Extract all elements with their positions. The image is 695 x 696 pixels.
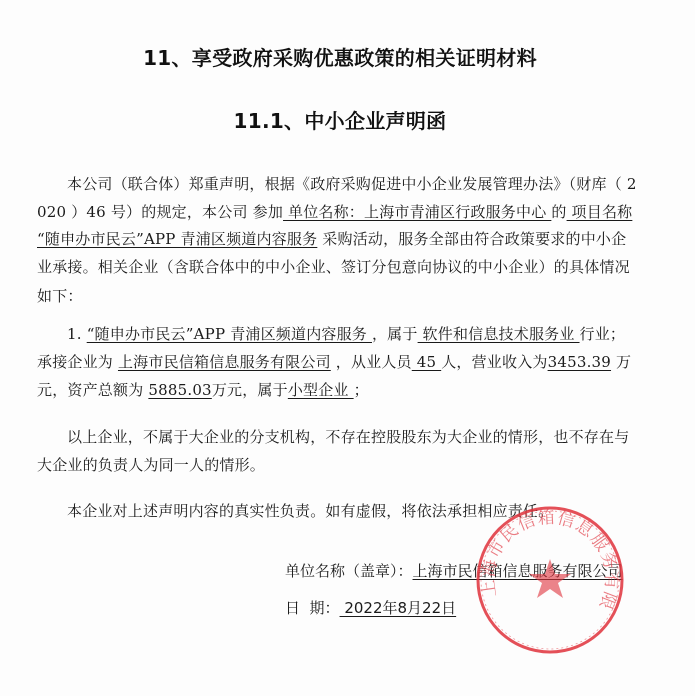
declaration-line-1: 本公司（联合体）郑重声明，根据《政府采购促进中小企业发展管理办法》（财库（ 2: [67, 174, 667, 194]
declaration-text: 业承接。相关企业（含联合体中的中小企业、签订分包意向协议的中小企业）的具体情况: [37, 258, 630, 276]
document-subtitle: 11.1、中小企业声明函: [0, 105, 680, 134]
item-revenue: 3453.39: [548, 353, 611, 371]
item-enterprise-type: 小型企业: [288, 381, 354, 399]
date-label: 日 期：: [285, 599, 340, 617]
item-text: 人，营业收入为: [441, 353, 547, 371]
item-project: “随申办市民云”APP 青浦区频道内容服务: [87, 325, 372, 343]
item-text: 万元，属于: [212, 381, 288, 399]
date-value: 2022年8月22日: [340, 599, 457, 617]
item-line-2: 承接企业为 上海市民信箱信息服务有限公司 ，从业人员 45 人，营业收入为345…: [37, 352, 637, 372]
item-assets: 5885.03: [148, 381, 211, 399]
project-name: “随申办市民云”APP 青浦区频道内容服务: [37, 230, 317, 248]
declaration-text: 本公司（联合体）郑重声明，根据《政府采购促进中小企业发展管理办法》（财库（ 2: [67, 175, 637, 193]
signature-company: 单位名称（盖章）：上海市民信箱信息服务有限公司: [285, 561, 623, 581]
item-text: 承接企业为: [37, 353, 118, 371]
item-line-1: 1. “随申办市民云”APP 青浦区频道内容服务 ，属于 软件和信息技术服务业 …: [67, 324, 667, 344]
declaration-line-2: 020 ）46 号）的规定，本公司 参加 单位名称：上海市青浦区行政服务中心 的…: [37, 202, 637, 222]
item-industry: 软件和信息技术服务业: [418, 325, 580, 343]
purchaser-name: 单位名称：上海市青浦区行政服务中心: [283, 203, 551, 221]
item-text: ；: [354, 381, 369, 399]
item-number: 1.: [67, 325, 82, 343]
declaration-text: 如下：: [37, 287, 83, 305]
statement-1-line-1: 以上企业，不属于大企业的分支机构，不存在控股股东为大企业的情形，也不存在与: [67, 427, 667, 447]
signature-label: 单位名称（盖章）：: [285, 562, 413, 580]
item-contractor: 上海市民信箱信息服务有限公司: [118, 353, 331, 371]
signature-value: 上海市民信箱信息服务有限公司: [413, 562, 623, 580]
item-text: ，属于: [372, 325, 418, 343]
project-name-label: 项目名称: [567, 203, 633, 221]
item-staff-count: 45: [412, 353, 441, 371]
declaration-line-4: 业承接。相关企业（含联合体中的中小企业、签订分包意向协议的中小企业）的具体情况: [37, 257, 637, 277]
declaration-text: 的: [551, 203, 566, 221]
item-text: 行业；: [580, 325, 626, 343]
declaration-text: 020 ）46 号）的规定，本公司 参加: [37, 203, 283, 221]
declaration-text: 采购活动，服务全部由符合政策要求的中小企: [317, 230, 626, 248]
statement-2: 本企业对上述声明内容的真实性负责。如有虚假，将依法承担相应责任。: [67, 501, 667, 521]
statement-1-line-2: 大企业的负责人为同一人的情形。: [37, 455, 637, 475]
declaration-line-5: 如下：: [37, 286, 637, 306]
signature-date: 日 期： 2022年8月22日: [285, 598, 456, 618]
item-text: 万: [611, 353, 631, 371]
document-page: 11、享受政府采购优惠政策的相关证明材料 11.1、中小企业声明函 本公司（联合…: [0, 0, 695, 696]
declaration-line-3: “随申办市民云”APP 青浦区频道内容服务 采购活动，服务全部由符合政策要求的中…: [37, 229, 637, 249]
item-line-3: 元，资产总额为 5885.03万元，属于小型企业 ；: [37, 380, 637, 400]
item-text: ，从业人员: [331, 353, 412, 371]
item-text: 元，资产总额为: [37, 381, 148, 399]
document-title: 11、享受政府采购优惠政策的相关证明材料: [0, 42, 680, 71]
